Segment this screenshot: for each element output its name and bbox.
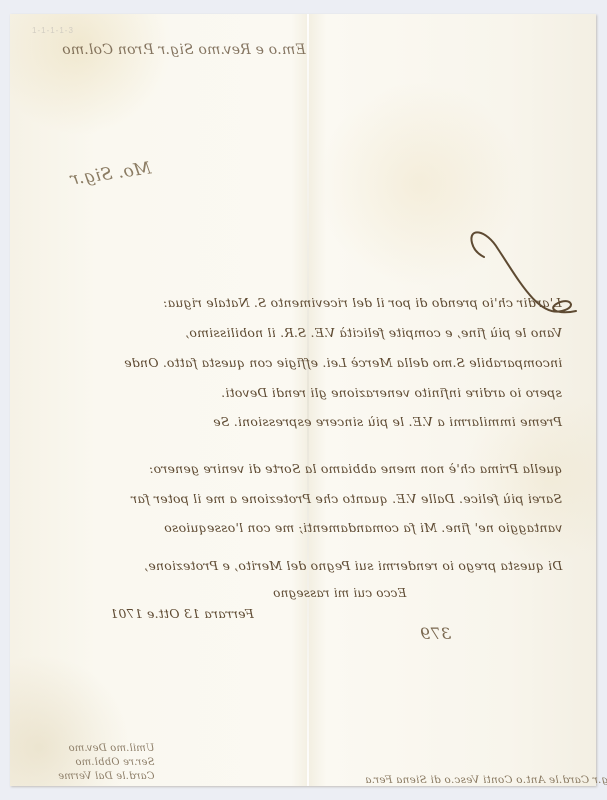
body-line: incomparabile S.mo della Mercè Lei. effi… <box>124 357 562 370</box>
signature: 379 <box>420 624 451 643</box>
sender-address-block: Umil.mo Dev.mo Ser.re Obbl.mo Card.le Da… <box>58 742 154 784</box>
date-line: Ferrara 13 Ott.e 1701 <box>110 606 254 621</box>
address-line: Umil.mo Dev.mo <box>68 743 154 754</box>
body-line: Preme immilarmi a V.E. le più sincere es… <box>213 416 562 429</box>
address-line: Card.le Dal Verme <box>58 771 154 782</box>
body-line: Vano le più fine, e compite felicità V.E… <box>185 327 562 340</box>
letter-heading: Em.o e Rev.mo Sig.r P.ron Col.mo <box>62 42 306 58</box>
body-line: Di questa prego io rendermi sui Pegno de… <box>144 560 562 573</box>
body-line: quella Prima ch'è non mene abbiamo la So… <box>149 463 562 476</box>
address-line: Ser.re Obbl.mo <box>75 757 154 768</box>
body-line: vantaggio ne' fine. Mi fa comandamenti; … <box>164 522 562 535</box>
recipient-address: Sig.r Card.le Ant.o Conti Vesc.o di Sien… <box>365 774 607 786</box>
paper-fold-crease <box>307 14 309 786</box>
archive-stamp: 1-1-1-1-3 <box>32 26 74 35</box>
body-line: Sarei più felice. Dalle V.E. quanto che … <box>131 493 562 506</box>
closing-phrase: Ecco cui mi rassegno <box>273 586 406 600</box>
body-line: L'ardir ch'io prendo di por il del ricev… <box>163 297 562 310</box>
salutation: Mo. Sig.r <box>69 158 152 189</box>
letter-page: 1-1-1-1-3 Em.o e Rev.mo Sig.r P.ron Col.… <box>10 14 596 786</box>
body-line: spero io ardire infinito venerazione gli… <box>221 387 562 400</box>
